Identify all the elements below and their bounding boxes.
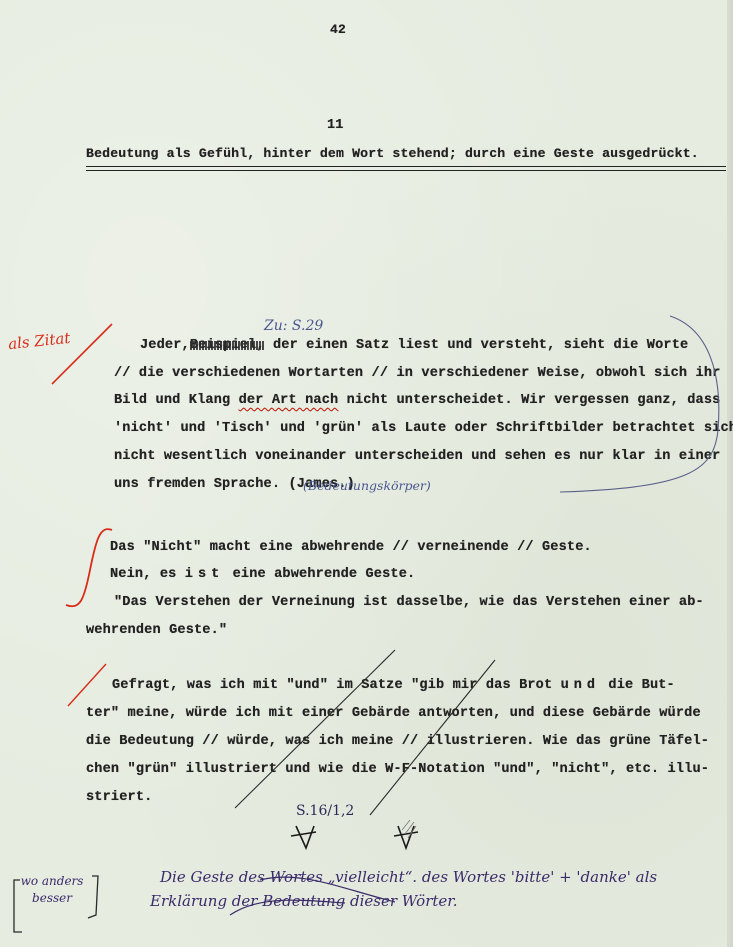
paragraph1-line2: // die verschiedenen Wortarten // in ver… — [114, 366, 720, 381]
paragraph1-line5: nicht wesentlich voneinander unterscheid… — [114, 449, 720, 464]
red-slash-mark-2 — [68, 664, 106, 706]
bracket-note: wo anders besser — [12, 873, 92, 907]
diagonal-strike-line-1 — [235, 650, 395, 808]
paragraph2-line4: wehrenden Geste." — [86, 623, 227, 638]
paragraph3-line4: chen "grün" illustriert und wie die W-F-… — [86, 762, 709, 777]
reference-note-zu-s29: Zu: S.29 — [264, 318, 323, 334]
handwritten-note-line1: Die Geste des Wortes „vielleicht“. des W… — [160, 868, 657, 886]
text-segment: nicht unterscheidet. Wir vergessen ganz,… — [338, 393, 720, 408]
section-title: Bedeutung als Gefühl, hinter dem Wort st… — [86, 146, 699, 161]
paragraph1-line1: Jeder,Beispiel, der einen Satz liest und… — [140, 338, 688, 353]
paragraph2-line3: "Das Verstehen der Verneinung ist dassel… — [114, 595, 704, 610]
text-segment: eine abwehrende Geste. — [224, 567, 415, 582]
paragraph1-line4: 'nicht' und 'Tisch' und 'grün' als Laute… — [114, 421, 733, 436]
paragraph3-line2: ter" meine, würde ich mit einer Gebärde … — [86, 706, 701, 721]
bracket-note-line1: wo anders — [12, 873, 92, 890]
title-double-underline-top — [86, 166, 726, 167]
crossed-v-mark-2 — [394, 820, 418, 848]
paragraph2-line1: Das "Nicht" macht eine abwehrende // ver… — [110, 540, 592, 555]
reference-note-s16: S.16/1,2 — [296, 803, 354, 819]
struck-out-word: Beispiel, — [190, 338, 265, 353]
text-segment: Nein, es — [110, 567, 185, 582]
page-number: 42 — [330, 22, 346, 37]
text-segment: Gefragt, was ich mit "und" im Satze "gib… — [112, 678, 561, 693]
spaced-emphasis: und — [561, 678, 600, 693]
bracket-note-line2: besser — [12, 890, 92, 907]
page-edge — [727, 0, 733, 947]
section-number: 11 — [327, 118, 344, 133]
spaced-emphasis: ist — [185, 567, 224, 582]
margin-note-als-zitat: als Zitat — [7, 329, 71, 353]
paragraph2-line2: Nein, es ist eine abwehrende Geste. — [110, 567, 415, 582]
red-underlined-phrase: der Art nach — [239, 393, 339, 408]
paragraph1-line3: Bild und Klang der Art nach nicht unters… — [114, 393, 720, 408]
text-segment: die But- — [600, 678, 675, 693]
paragraph3-line3: die Bedeutung // würde, was ich meine //… — [86, 734, 709, 749]
paragraph3-line1: Gefragt, was ich mit "und" im Satze "gib… — [112, 678, 675, 693]
paren-note-bedeutungskoerper: (Bedeutungskörper) — [303, 478, 431, 493]
red-bracket-mark — [66, 529, 112, 606]
title-double-underline-bottom — [86, 170, 726, 171]
handwritten-note-line2: Erklärung der Bedeutung dieser Wörter. — [150, 892, 458, 910]
crossed-v-mark-1 — [291, 826, 316, 848]
text-segment: Jeder, — [140, 338, 190, 353]
text-segment: der einen Satz liest und versteht, sieht… — [265, 338, 689, 353]
paragraph3-line5: striert. — [86, 790, 152, 805]
text-segment: Bild und Klang — [114, 393, 239, 408]
